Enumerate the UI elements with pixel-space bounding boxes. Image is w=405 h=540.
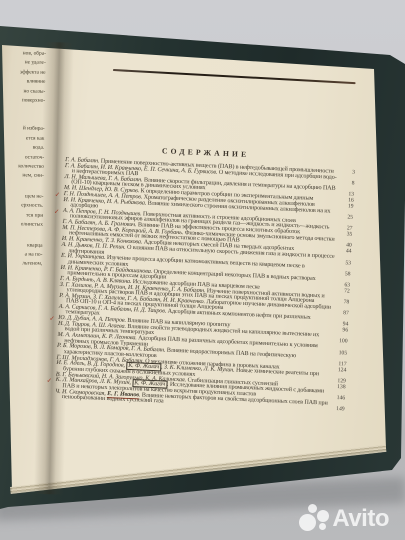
left-page-line: поверхно- [0,96,45,106]
red-checkmark-annotation: ✓ [49,315,55,323]
toc-entries: Г. А. Бабалян. Применение поверхностно-а… [55,158,355,413]
left-page-fragments: нов, обра-не удале-эффекта невлияниено с… [0,49,46,269]
photo-of-open-book: нов, обра-не удале-эффекта невлияниено с… [0,0,405,540]
avito-wordmark: Avito [332,504,389,534]
table-of-contents: СОДЕРЖАНИЕ Г. А. Бабалян. Применение пов… [55,142,356,413]
avito-watermark: Avito [299,504,389,534]
left-page-line: олнистых [0,220,43,230]
red-checkmark-annotation: ✓ [46,377,52,385]
page-number: 149 [329,407,345,413]
avito-logo-icon [299,504,329,534]
left-page-line: нем, сни- [0,171,44,181]
red-checkmark-annotation: ✓ [54,208,60,216]
left-page-line: льтеном, [0,259,42,269]
red-checkmark-annotation: ✓ [55,191,61,199]
